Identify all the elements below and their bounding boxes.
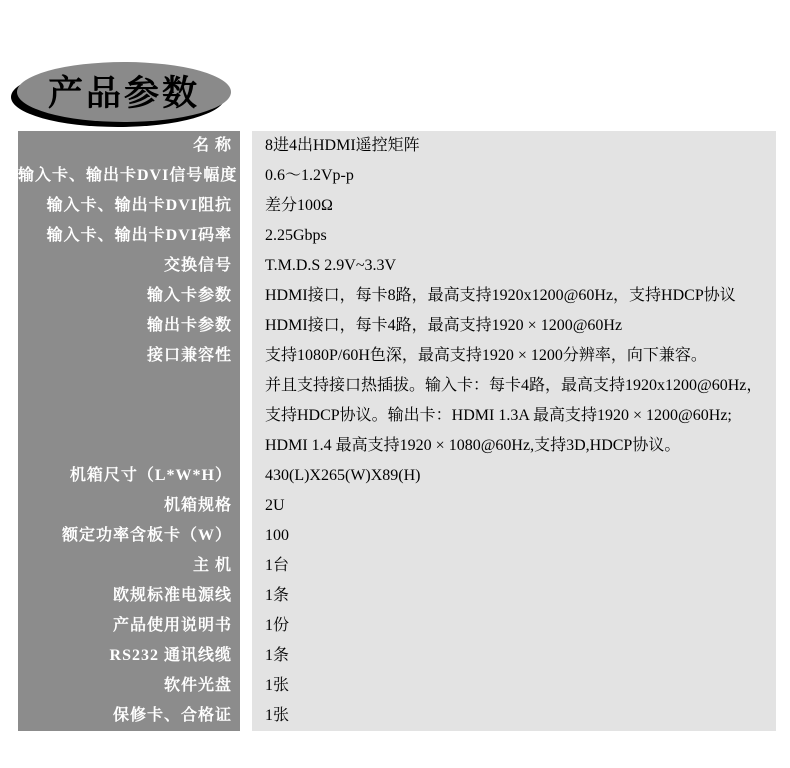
- column-gutter: [240, 581, 252, 611]
- row-value: HDMI接口，每卡4路，最高支持1920 × 1200@60Hz: [252, 311, 776, 341]
- table-row: 名 称 8进4出HDMI遥控矩阵: [18, 131, 776, 161]
- column-gutter: [240, 311, 252, 341]
- row-label: 输出卡参数: [18, 311, 240, 341]
- row-value-line: HDMI 1.4 最高支持1920 × 1080@60Hz,支持3D,HDCP协…: [265, 431, 776, 461]
- row-label: 输入卡、输出卡DVI信号幅度: [18, 161, 240, 191]
- table-row: 欧规标准电源线 1条: [18, 581, 776, 611]
- row-value: 1条: [252, 641, 776, 671]
- row-value: 1条: [252, 581, 776, 611]
- row-value: 0.6～1.2Vp-p: [252, 161, 776, 191]
- row-label: 接口兼容性: [18, 341, 240, 461]
- table-row: 产品使用说明书 1份: [18, 611, 776, 641]
- table-row-compatibility: 接口兼容性 支持1080P/60H色深，最高支持1920 × 1200分辨率，向…: [18, 341, 776, 461]
- row-label: 主 机: [18, 551, 240, 581]
- row-label: 软件光盘: [18, 671, 240, 701]
- row-value: 1张: [252, 671, 776, 701]
- row-value-line: 支持HDCP协议。输出卡：HDMI 1.3A 最高支持1920 × 1200@6…: [265, 401, 776, 431]
- table-row: 保修卡、合格证 1张: [18, 701, 776, 731]
- table-row: 机箱规格 2U: [18, 491, 776, 521]
- table-row: 主 机 1台: [18, 551, 776, 581]
- row-label: 输入卡、输出卡DVI码率: [18, 221, 240, 251]
- table-row: 输入卡参数 HDMI接口，每卡8路，最高支持1920x1200@60Hz，支持H…: [18, 281, 776, 311]
- column-gutter: [240, 131, 252, 161]
- row-value-line: 支持1080P/60H色深，最高支持1920 × 1200分辨率，向下兼容。: [265, 341, 776, 371]
- row-label: 额定功率含板卡（W）: [18, 521, 240, 551]
- row-value-multiline: 支持1080P/60H色深，最高支持1920 × 1200分辨率，向下兼容。 并…: [252, 341, 776, 461]
- row-label: 输入卡、输出卡DVI阻抗: [18, 191, 240, 221]
- column-gutter: [240, 611, 252, 641]
- row-label: 名 称: [18, 131, 240, 161]
- column-gutter: [240, 191, 252, 221]
- row-value: 1份: [252, 611, 776, 641]
- row-value-line: 并且支持接口热插拔。输入卡：每卡4路，最高支持1920x1200@60Hz，: [265, 371, 776, 401]
- column-gutter: [240, 221, 252, 251]
- column-gutter: [240, 251, 252, 281]
- row-value: 100: [252, 521, 776, 551]
- product-params-badge: 产品参数: [17, 62, 231, 122]
- row-value: 2.25Gbps: [252, 221, 776, 251]
- table-row: 输入卡、输出卡DVI信号幅度 0.6～1.2Vp-p: [18, 161, 776, 191]
- row-label: 交换信号: [18, 251, 240, 281]
- column-gutter: [240, 491, 252, 521]
- row-value: 差分100Ω: [252, 191, 776, 221]
- row-label: 产品使用说明书: [18, 611, 240, 641]
- column-gutter: [240, 341, 252, 461]
- column-gutter: [240, 281, 252, 311]
- column-gutter: [240, 671, 252, 701]
- page-title: 产品参数: [48, 66, 200, 116]
- row-label: 输入卡参数: [18, 281, 240, 311]
- table-row: 输出卡参数 HDMI接口，每卡4路，最高支持1920 × 1200@60Hz: [18, 311, 776, 341]
- table-row: 交换信号 T.M.D.S 2.9V~3.3V: [18, 251, 776, 281]
- column-gutter: [240, 461, 252, 491]
- row-label: RS232 通讯线缆: [18, 641, 240, 671]
- table-row: 输入卡、输出卡DVI码率 2.25Gbps: [18, 221, 776, 251]
- table-row: 额定功率含板卡（W） 100: [18, 521, 776, 551]
- row-label: 欧规标准电源线: [18, 581, 240, 611]
- row-value: 8进4出HDMI遥控矩阵: [252, 131, 776, 161]
- spec-table: 名 称 8进4出HDMI遥控矩阵 输入卡、输出卡DVI信号幅度 0.6～1.2V…: [18, 131, 776, 731]
- table-row: 软件光盘 1张: [18, 671, 776, 701]
- page: 产品参数 名 称 8进4出HDMI遥控矩阵 输入卡、输出卡DVI信号幅度 0.6…: [0, 0, 790, 768]
- row-value: HDMI接口，每卡8路，最高支持1920x1200@60Hz，支持HDCP协议: [252, 281, 776, 311]
- row-value: 1台: [252, 551, 776, 581]
- table-row: 输入卡、输出卡DVI阻抗 差分100Ω: [18, 191, 776, 221]
- row-label: 机箱尺寸（L*W*H）: [18, 461, 240, 491]
- table-row: RS232 通讯线缆 1条: [18, 641, 776, 671]
- row-value: T.M.D.S 2.9V~3.3V: [252, 251, 776, 281]
- column-gutter: [240, 641, 252, 671]
- column-gutter: [240, 521, 252, 551]
- column-gutter: [240, 551, 252, 581]
- table-row: 机箱尺寸（L*W*H） 430(L)X265(W)X89(H): [18, 461, 776, 491]
- row-value: 2U: [252, 491, 776, 521]
- column-gutter: [240, 701, 252, 731]
- row-value: 1张: [252, 701, 776, 731]
- column-gutter: [240, 161, 252, 191]
- row-label: 保修卡、合格证: [18, 701, 240, 731]
- row-label: 机箱规格: [18, 491, 240, 521]
- row-value: 430(L)X265(W)X89(H): [252, 461, 776, 491]
